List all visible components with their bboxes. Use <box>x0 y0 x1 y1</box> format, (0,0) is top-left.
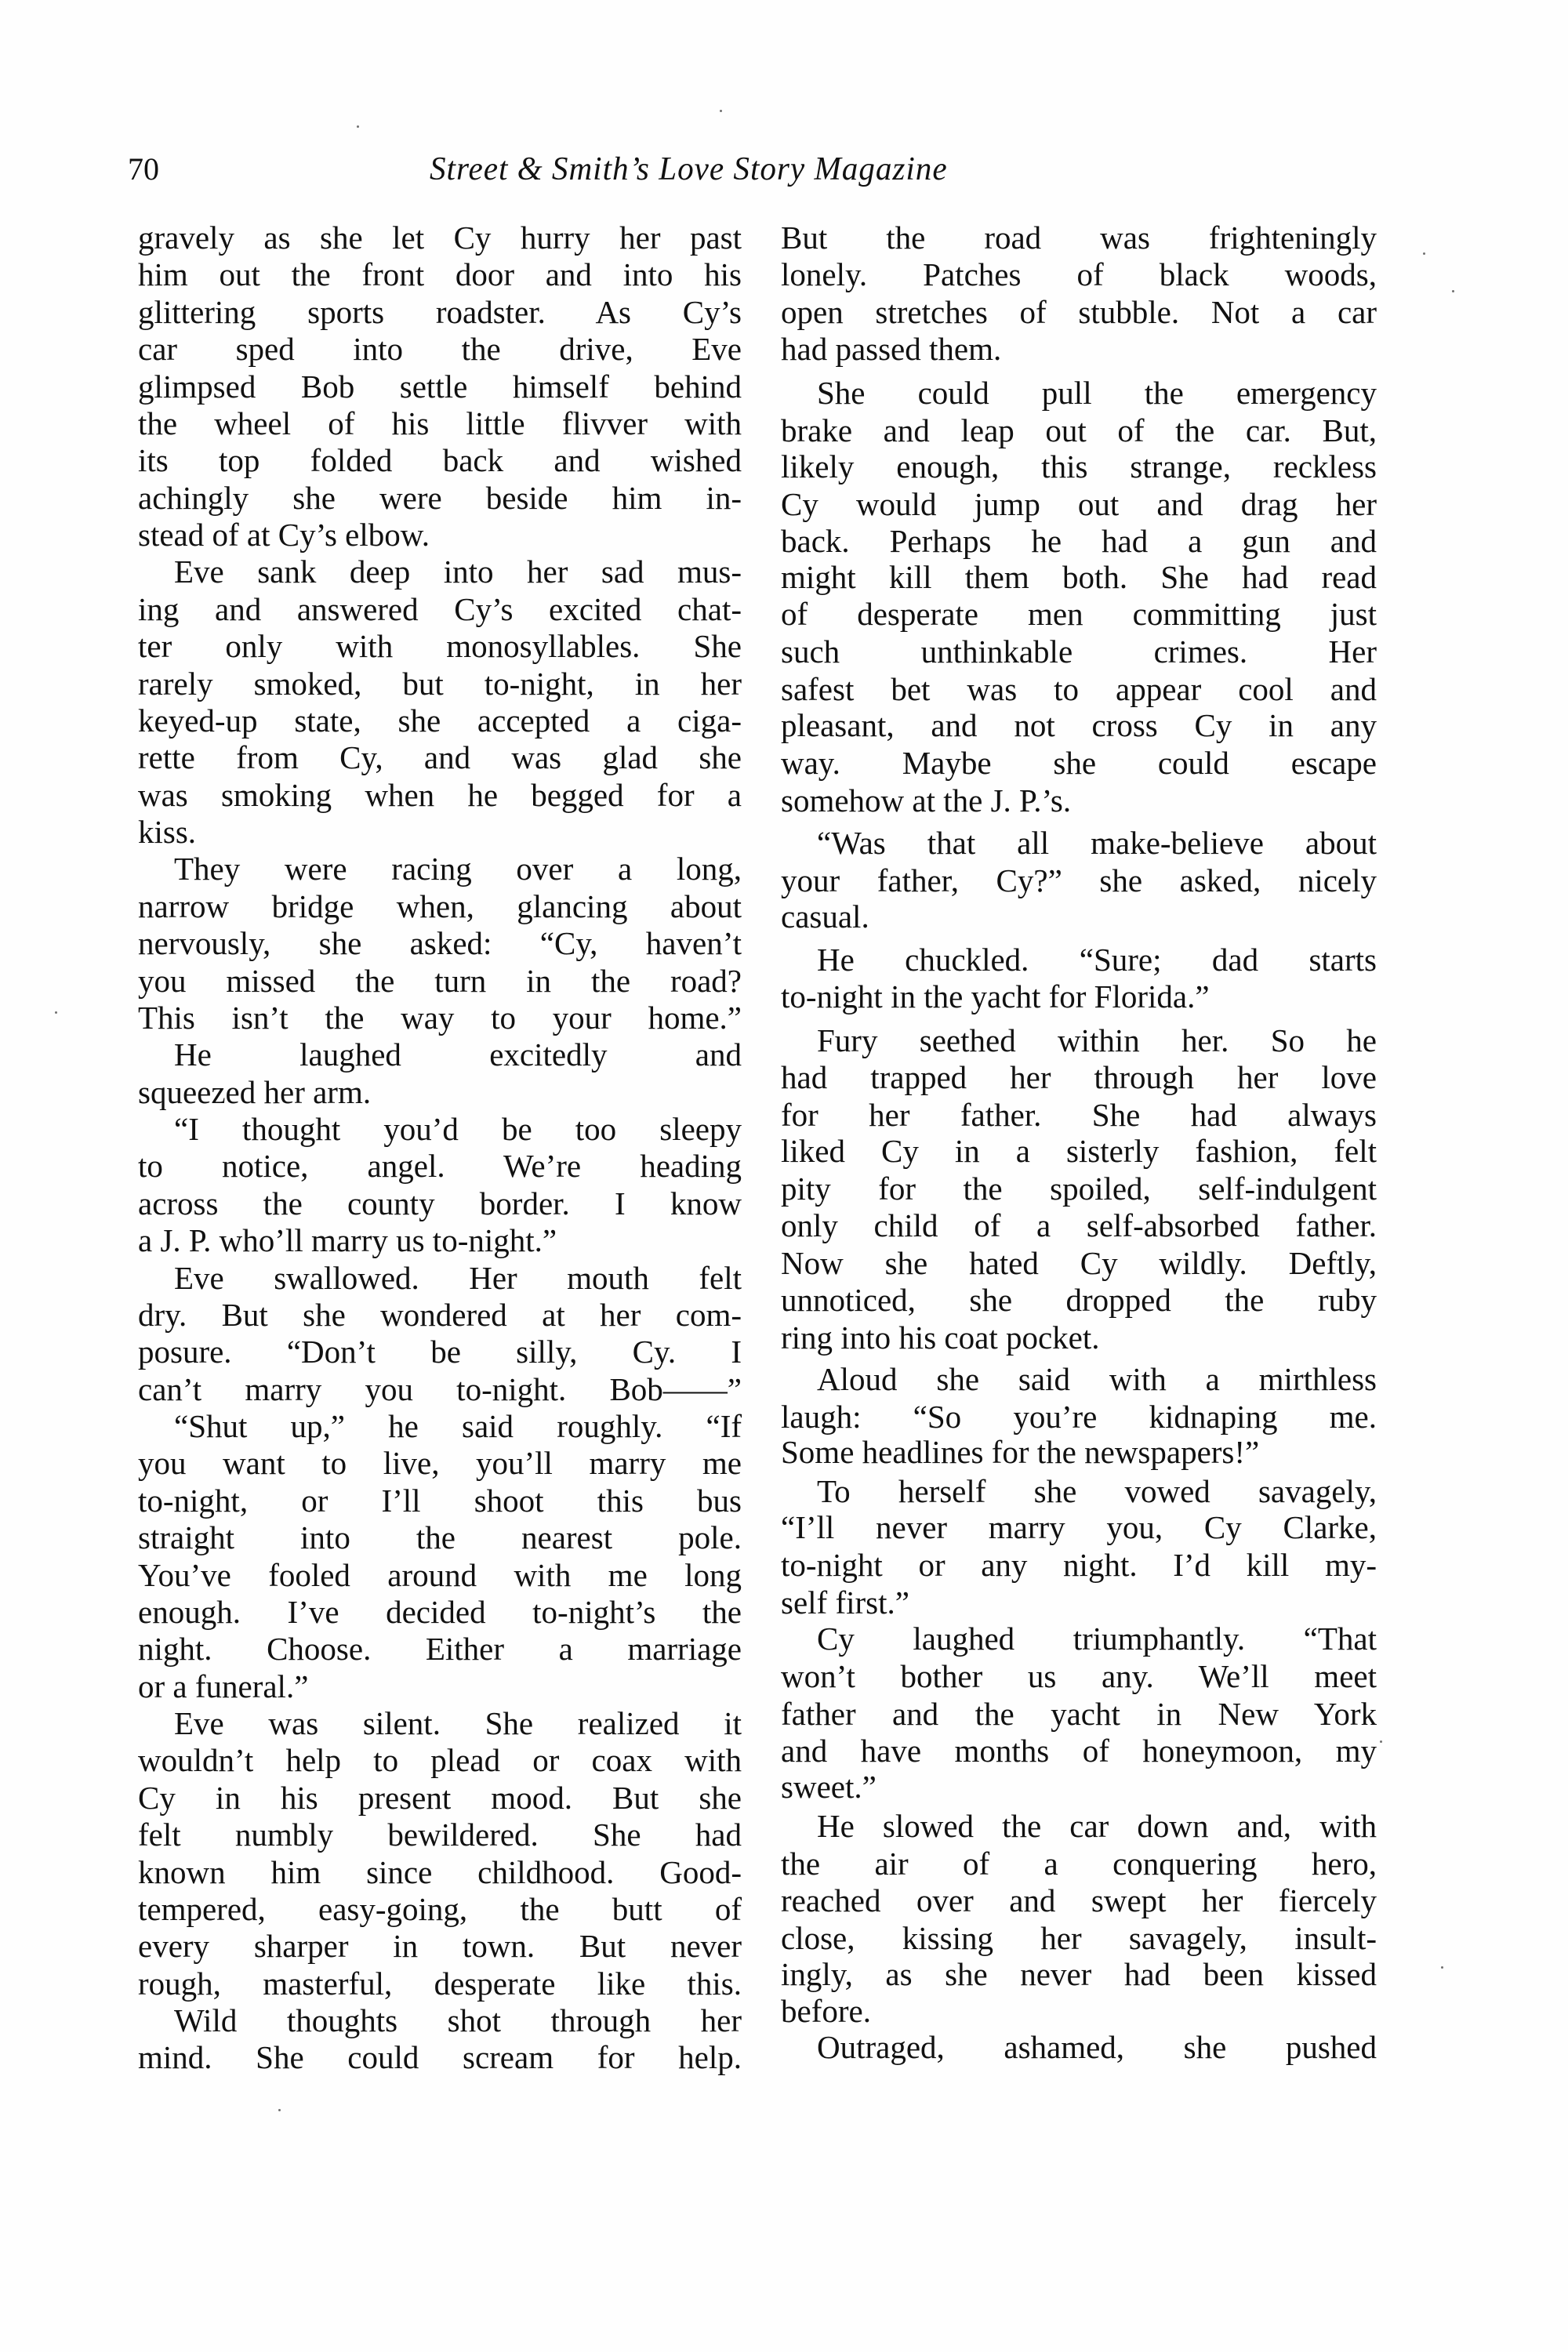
text-line: before. <box>781 1993 1377 2030</box>
text-line: kiss. <box>138 814 742 851</box>
text-line: back. Perhaps he had a gun and <box>781 523 1377 560</box>
text-line: narrow bridge when, glancing about <box>138 888 742 925</box>
text-line: to-night or any night. I’d kill my- <box>781 1547 1377 1584</box>
text-line: rarely smoked, but to-night, in her <box>138 666 742 702</box>
text-line: of desperate men committing just <box>781 596 1377 633</box>
text-line: ing and answered Cy’s excited chat- <box>138 591 742 628</box>
text-line: Cy would jump out and drag her <box>781 486 1377 523</box>
text-line: stead of at Cy’s elbow. <box>138 517 742 554</box>
text-line: glimpsed Bob settle himself behind <box>138 368 742 405</box>
text-line: squeezed her arm. <box>138 1074 742 1111</box>
text-line: Wild thoughts shot through her <box>138 2002 742 2039</box>
text-line: brake and leap out of the car. But, <box>781 412 1377 449</box>
text-line: wouldn’t help to plead or coax with <box>138 1742 742 1779</box>
text-line: liked Cy in a sisterly fashion, felt <box>781 1133 1377 1170</box>
magazine-title: Street & Smith’s Love Story Magazine <box>430 146 948 193</box>
text-line: She could pull the emergency <box>781 375 1377 412</box>
text-line: only child of a self-absorbed father. <box>781 1207 1377 1244</box>
text-line: the air of a conquering hero, <box>781 1846 1377 1882</box>
text-line: keyed-up state, she accepted a ciga- <box>138 702 742 739</box>
scan-speck <box>1452 290 1454 292</box>
magazine-page: 70 Street & Smith’s Love Story Magazine … <box>0 0 1568 2352</box>
text-line: night. Choose. Either a marriage <box>138 1631 742 1668</box>
text-line: known him since childhood. Good- <box>138 1854 742 1891</box>
text-line: Cy in his present mood. But she <box>138 1780 742 1817</box>
text-line: Some headlines for the newspapers!” <box>781 1434 1377 1471</box>
text-line: Now she hated Cy wildly. Deftly, <box>781 1245 1377 1282</box>
scan-speck <box>1441 1966 1443 1969</box>
text-line: He slowed the car down and, with <box>781 1808 1377 1845</box>
text-line: across the county border. I know <box>138 1185 742 1222</box>
text-line: self first.” <box>781 1584 1377 1621</box>
text-line: nervously, she asked: “Cy, haven’t <box>138 925 742 962</box>
text-line: to-night in the yacht for Florida.” <box>781 978 1377 1015</box>
text-line: sweet.” <box>781 1769 1377 1806</box>
text-line: and have months of honeymoon, my <box>781 1733 1377 1769</box>
scan-speck <box>1423 252 1425 255</box>
text-line: every sharper in town. But never <box>138 1928 742 1965</box>
text-line: you want to live, you’ll marry me <box>138 1445 742 1482</box>
text-line: posure. “Don’t be silly, Cy. I <box>138 1334 742 1370</box>
text-line: tempered, easy-going, the butt of <box>138 1891 742 1928</box>
text-line: He laughed excitedly and <box>138 1036 742 1073</box>
text-line: Eve was silent. She realized it <box>138 1705 742 1742</box>
text-line: Eve sank deep into her sad mus- <box>138 554 742 590</box>
text-line: car sped into the drive, Eve <box>138 331 742 368</box>
text-line: Aloud she said with a mirthless <box>781 1361 1377 1398</box>
text-line: rette from Cy, and was glad she <box>138 739 742 776</box>
text-line: pleasant, and not cross Cy in any <box>781 707 1377 744</box>
text-line: had passed them. <box>781 331 1377 368</box>
text-line: to notice, angel. We’re heading <box>138 1148 742 1185</box>
text-line: enough. I’ve decided to-night’s the <box>138 1594 742 1631</box>
text-line: or a funeral.” <box>138 1668 742 1705</box>
text-line: casual. <box>781 898 1377 935</box>
text-line: you missed the turn in the road? <box>138 963 742 1000</box>
text-line: unnoticed, she dropped the ruby <box>781 1282 1377 1319</box>
text-line: was smoking when he begged for a <box>138 777 742 814</box>
text-line: Fury seethed within her. So he <box>781 1022 1377 1059</box>
text-line: a J. P. who’ll marry us to-night.” <box>138 1222 742 1259</box>
text-line: ingly, as she never had been kissed <box>781 1956 1377 1993</box>
text-line: won’t bother us any. We’ll meet <box>781 1658 1377 1695</box>
text-line: such unthinkable crimes. Her <box>781 633 1377 670</box>
text-line: gravely as she let Cy hurry her past <box>138 220 742 256</box>
text-line: To herself she vowed savagely, <box>781 1473 1377 1510</box>
scan-speck <box>55 1011 57 1014</box>
text-line: close, kissing her savagely, insult- <box>781 1920 1377 1957</box>
text-line: straight into the nearest pole. <box>138 1519 742 1556</box>
running-head: 70 Street & Smith’s Love Story Magazine <box>0 146 1568 193</box>
text-line: somehow at the J. P.’s. <box>781 782 1377 819</box>
text-line: “Shut up,” he said roughly. “If <box>138 1408 742 1445</box>
text-line: “I thought you’d be too sleepy <box>138 1111 742 1148</box>
scan-speck <box>278 2109 281 2111</box>
text-line: glittering sports roadster. As Cy’s <box>138 294 742 331</box>
text-line: him out the front door and into his <box>138 256 742 293</box>
text-line: dry. But she wondered at her com- <box>138 1297 742 1334</box>
text-line: ter only with monosyllables. She <box>138 628 742 665</box>
text-line: rough, masterful, desperate like this. <box>138 1965 742 2002</box>
text-line: to-night, or I’ll shoot this bus <box>138 1483 742 1519</box>
text-line: might kill them both. She had read <box>781 559 1377 596</box>
text-line: likely enough, this strange, reckless <box>781 448 1377 485</box>
text-line: reached over and swept her fiercely <box>781 1882 1377 1919</box>
text-line: can’t marry you to-night. Bob——” <box>138 1371 742 1408</box>
scan-speck <box>357 125 359 128</box>
text-line: for her father. She had always <box>781 1097 1377 1134</box>
text-line: Outraged, ashamed, she pushed <box>781 2029 1377 2066</box>
text-line: father and the yacht in New York <box>781 1696 1377 1733</box>
text-line: Cy laughed triumphantly. “That <box>781 1621 1377 1657</box>
text-line: lonely. Patches of black woods, <box>781 256 1377 293</box>
text-line: mind. She could scream for help. <box>138 2039 742 2076</box>
scan-speck <box>1380 1740 1382 1743</box>
text-line: safest bet was to appear cool and <box>781 671 1377 708</box>
text-line: “I’ll never marry you, Cy Clarke, <box>781 1509 1377 1546</box>
scan-speck <box>720 110 722 112</box>
text-line: your father, Cy?” she asked, nicely <box>781 862 1377 899</box>
text-line: “Was that all make-believe about <box>781 825 1377 862</box>
text-line: laugh: “So you’re kidnaping me. <box>781 1399 1377 1436</box>
text-line: achingly she were beside him in- <box>138 480 742 517</box>
page-number: 70 <box>128 146 159 193</box>
text-line: You’ve fooled around with me long <box>138 1557 742 1594</box>
text-line: had trapped her through her love <box>781 1059 1377 1096</box>
text-line: But the road was frighteningly <box>781 220 1377 256</box>
text-line: the wheel of his little flivver with <box>138 405 742 442</box>
text-line: felt numbly bewildered. She had <box>138 1817 742 1853</box>
text-line: way. Maybe she could escape <box>781 745 1377 782</box>
text-line: Eve swallowed. Her mouth felt <box>138 1260 742 1297</box>
text-line: ring into his coat pocket. <box>781 1319 1377 1356</box>
text-line: He chuckled. “Sure; dad starts <box>781 942 1377 978</box>
text-line: pity for the spoiled, self-indulgent <box>781 1171 1377 1207</box>
text-line: its top folded back and wished <box>138 442 742 479</box>
text-line: open stretches of stubble. Not a car <box>781 294 1377 331</box>
text-line: They were racing over a long, <box>138 851 742 887</box>
text-line: This isn’t the way to your home.” <box>138 1000 742 1036</box>
